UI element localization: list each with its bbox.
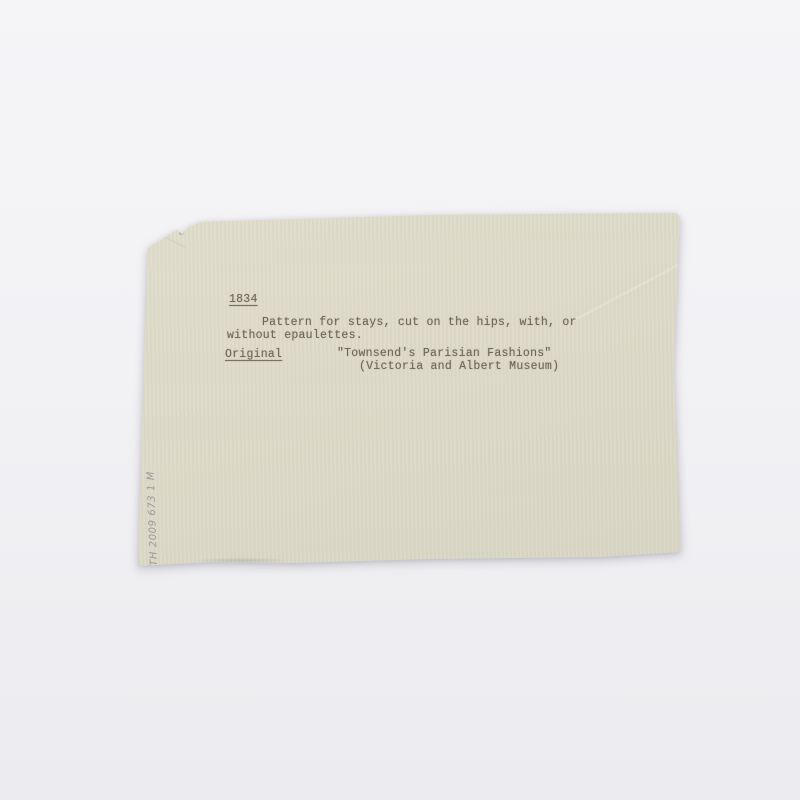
paper-shadow: 1834 Pattern for stays, cut on the hips,… <box>0 0 800 800</box>
rust-speck <box>179 229 184 235</box>
photograph: 1834 Pattern for stays, cut on the hips,… <box>0 0 800 800</box>
year-heading: 1834 <box>229 293 258 306</box>
index-card: 1834 Pattern for stays, cut on the hips,… <box>0 0 800 800</box>
source-institution: (Victoria and Albert Museum) <box>359 360 559 373</box>
pencil-smudge <box>198 558 286 563</box>
rust-speck-small <box>156 237 159 240</box>
description-line-1: Pattern for stays, cut on the hips, with… <box>262 316 577 329</box>
paper-texture <box>0 0 800 800</box>
source-title: "Townsend's Parisian Fashions" <box>337 347 552 360</box>
original-label: Original <box>225 348 282 361</box>
description-line-2: without epaulettes. <box>227 329 363 342</box>
